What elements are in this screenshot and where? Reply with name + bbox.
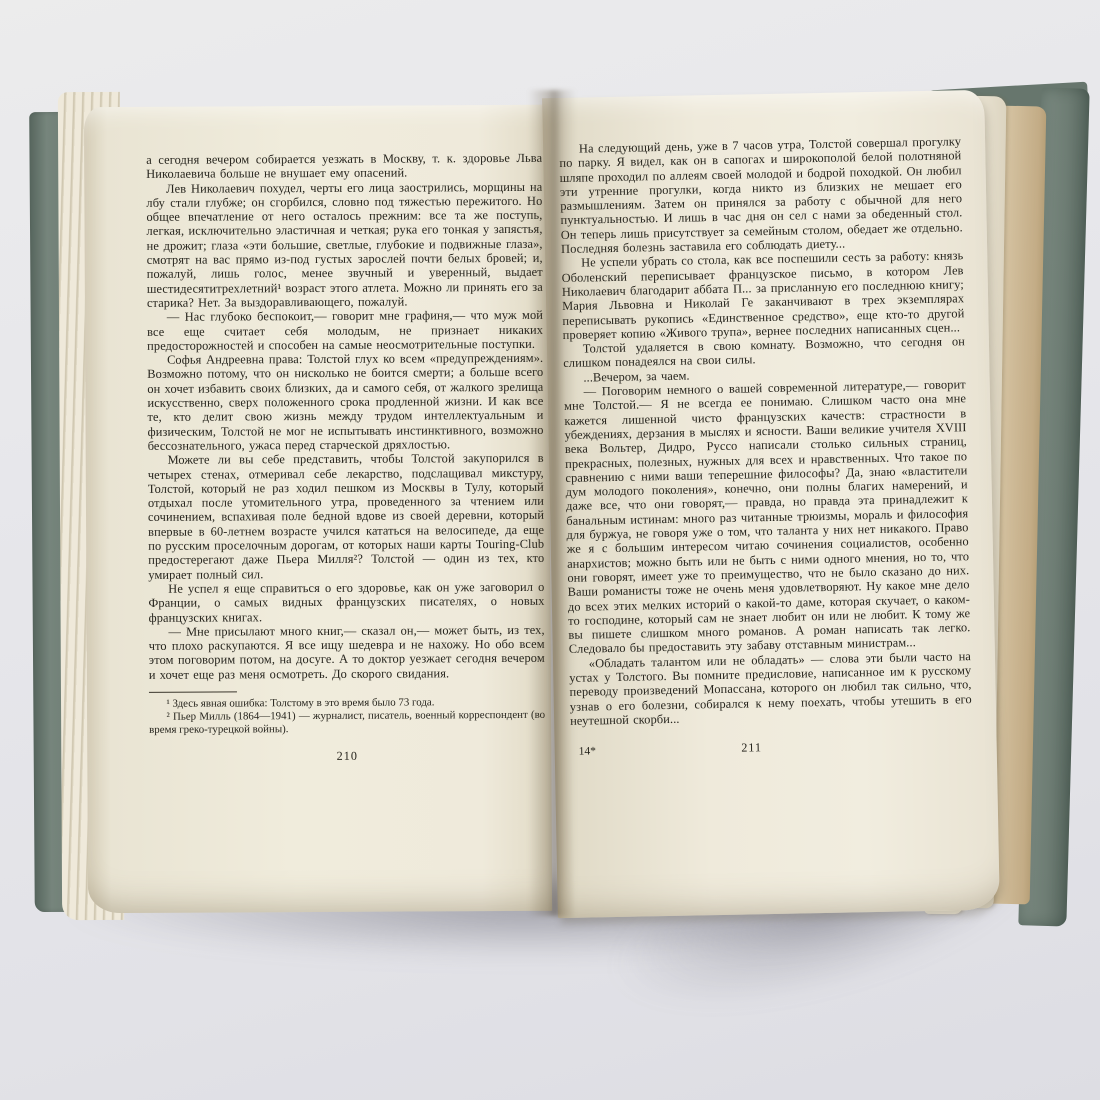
paragraph: — Поговорим немного о вашей современной … — [564, 377, 971, 656]
right-page-paragraphs: На следующий день, уже в 7 часов утра, Т… — [559, 134, 972, 728]
paragraph: — Нас глубоко беспокоит,— говорит мне гр… — [147, 308, 543, 353]
paragraph: Не успел я еще справиться о его здоровье… — [148, 580, 544, 625]
paragraph: Софья Андреевна права: Толстой глух ко в… — [147, 351, 544, 453]
paragraph: Можете ли вы себе представить, чтобы Тол… — [148, 451, 545, 582]
paragraph: «Обладать талантом или не обладать» — сл… — [569, 649, 972, 728]
paragraph: а сегодня вечером собирается уезжать в М… — [146, 151, 542, 182]
page-number-left: 210 — [149, 748, 545, 765]
footnotes: ¹ Здесь явная ошибка: Толстому в это вре… — [149, 696, 545, 736]
page-number-right: 211 — [571, 737, 933, 759]
paragraph: Лев Николаевич похудел, черты его лица з… — [146, 179, 543, 310]
open-book: а сегодня вечером собирается уезжать в М… — [30, 78, 1070, 948]
paragraph: — Мне присылают много книг,— сказал он,—… — [149, 623, 545, 682]
left-page-paragraphs: а сегодня вечером собирается уезжать в М… — [146, 151, 545, 682]
right-page-text-column: На следующий день, уже в 7 часов утра, Т… — [559, 134, 973, 762]
paragraph: На следующий день, уже в 7 часов утра, Т… — [559, 134, 963, 256]
right-page-footer: 14* 211 — [571, 738, 973, 762]
photo-background: а сегодня вечером собирается уезжать в М… — [0, 0, 1100, 1100]
left-page: а сегодня вечером собирается уезжать в М… — [84, 105, 552, 913]
footnote: ² Пьер Милль (1864—1941) — журналист, пи… — [149, 709, 545, 737]
right-page: На следующий день, уже в 7 часов утра, Т… — [542, 90, 1000, 918]
left-page-text-column: а сегодня вечером собирается уезжать в М… — [146, 151, 545, 765]
footnote-rule — [149, 691, 237, 692]
paragraph: Не успели убрать со стола, как все поспе… — [561, 249, 965, 342]
